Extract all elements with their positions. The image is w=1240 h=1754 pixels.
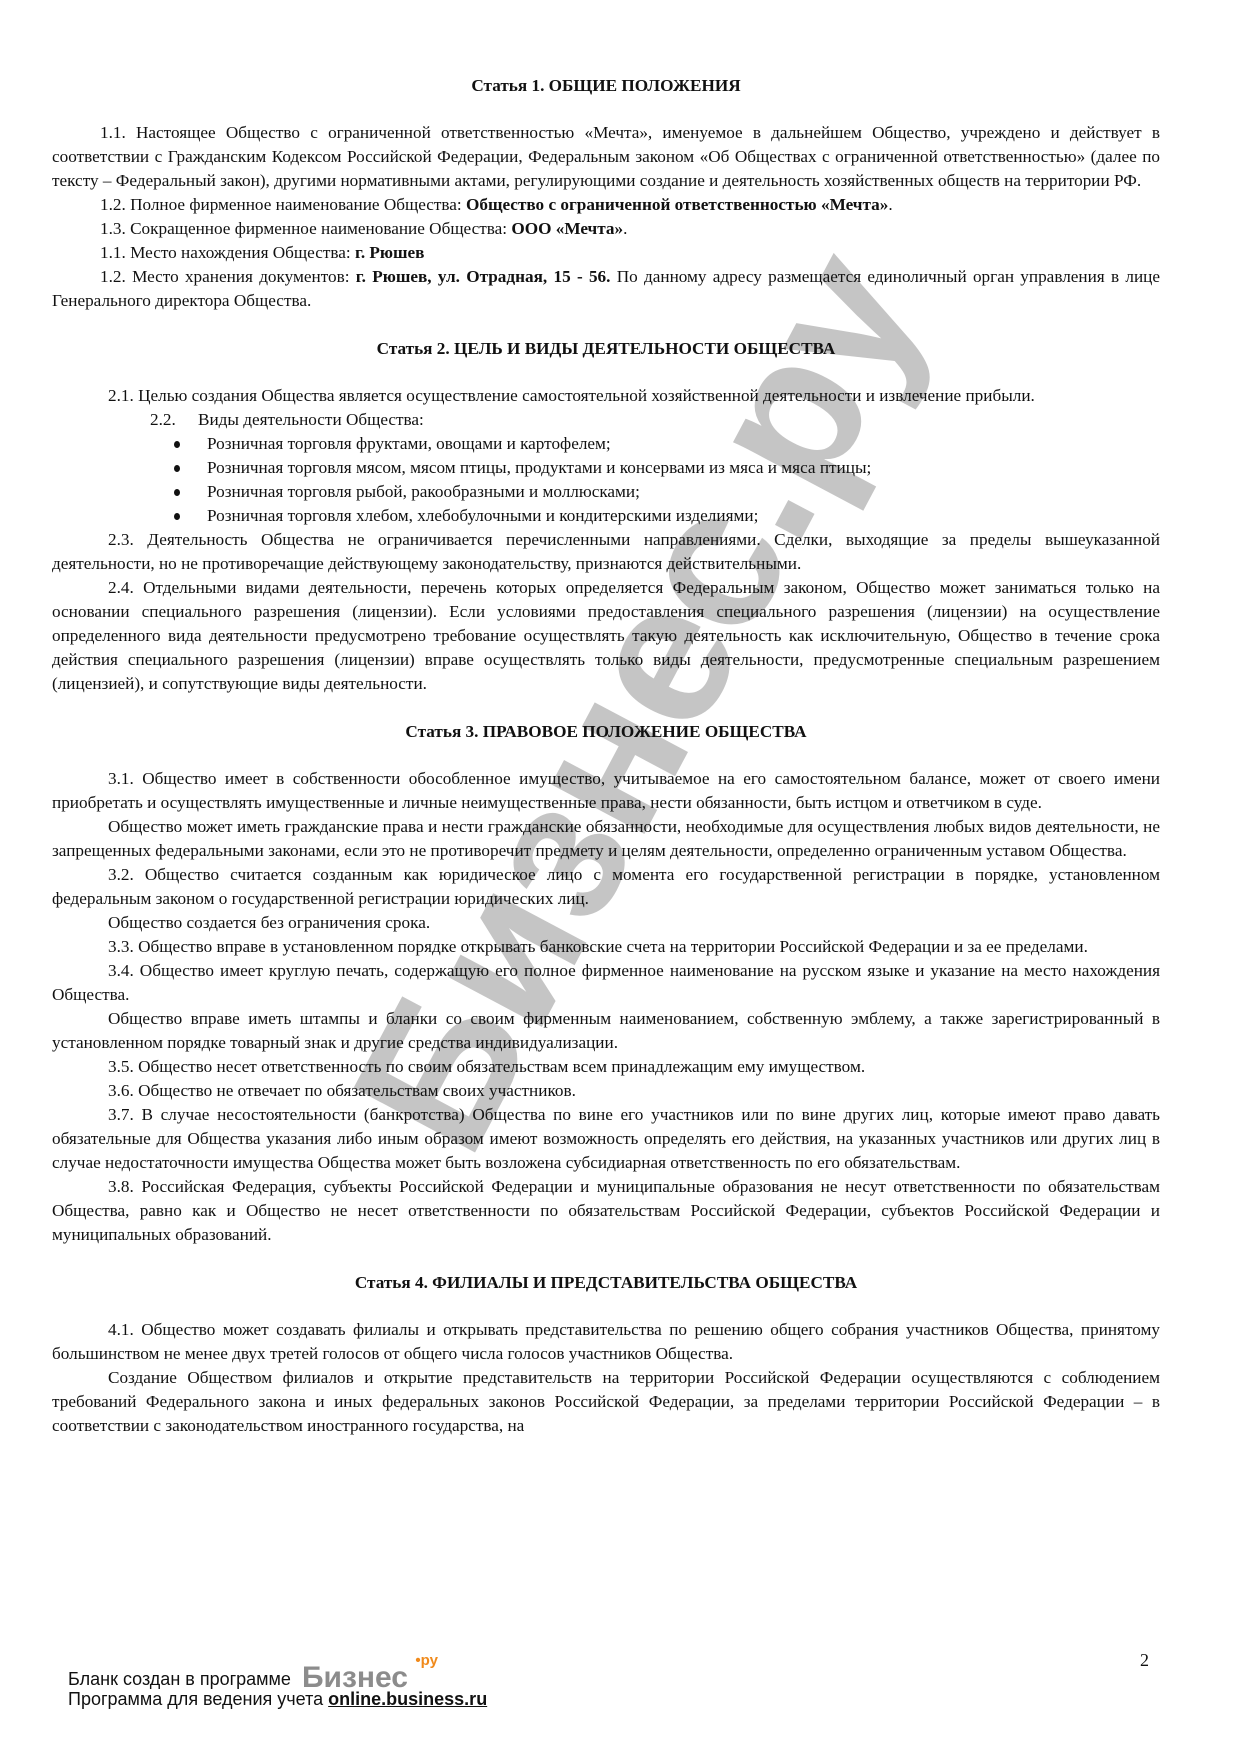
footer-line-1: Бланк создан в программе Бизнес•ру <box>68 1668 487 1689</box>
paragraph-3-3: 3.3. Общество вправе в установленном пор… <box>52 935 1160 959</box>
paragraph-1-1: 1.1. Настоящее Общество с ограниченной о… <box>52 121 1160 193</box>
paragraph-3-6: 3.6. Общество не отвечает по обязательст… <box>52 1079 1160 1103</box>
article-2-title: Статья 2. ЦЕЛЬ И ВИДЫ ДЕЯТЕЛЬНОСТИ ОБЩЕС… <box>52 337 1160 361</box>
paragraph-2-3: 2.3. Деятельность Общества не ограничива… <box>52 528 1160 576</box>
paragraph-location: 1.1. Место нахождения Общества: г. Рюшев <box>52 241 1160 265</box>
document-page: Бизнес.ру Статья 1. ОБЩИЕ ПОЛОЖЕНИЯ 1.1.… <box>0 0 1240 1754</box>
list-item: Розничная торговля мясом, мясом птицы, п… <box>52 456 1160 480</box>
activities-list: Розничная торговля фруктами, овощами и к… <box>52 432 1160 528</box>
paragraph-2-4: 2.4. Отдельными видами деятельности, пер… <box>52 576 1160 696</box>
list-item: Розничная торговля фруктами, овощами и к… <box>52 432 1160 456</box>
paragraph-2-2: 2.2.Виды деятельности Общества: <box>52 408 1160 432</box>
article-1-title: Статья 1. ОБЩИЕ ПОЛОЖЕНИЯ <box>52 74 1160 98</box>
page-number: 2 <box>1140 1650 1149 1671</box>
list-item: Розничная торговля хлебом, хлебобулочным… <box>52 504 1160 528</box>
paragraph-3-4: 3.4. Общество имеет круглую печать, соде… <box>52 959 1160 1007</box>
paragraph-3-2b: Общество создается без ограничения срока… <box>52 911 1160 935</box>
paragraph-4-1b: Создание Обществом филиалов и открытие п… <box>52 1366 1160 1438</box>
article-4-title: Статья 4. ФИЛИАЛЫ И ПРЕДСТАВИТЕЛЬСТВА ОБ… <box>52 1271 1160 1295</box>
footer-ad: Бланк создан в программе Бизнес•ру Прогр… <box>68 1668 487 1709</box>
paragraph-3-4b: Общество вправе иметь штампы и бланки со… <box>52 1007 1160 1055</box>
paragraph-4-1: 4.1. Общество может создавать филиалы и … <box>52 1318 1160 1366</box>
paragraph-3-8: 3.8. Российская Федерация, субъекты Росс… <box>52 1175 1160 1247</box>
paragraph-2-1: 2.1. Целью создания Общества является ос… <box>52 384 1160 408</box>
footer-line-2: Программа для ведения учета online.busin… <box>68 1689 487 1709</box>
business-ru-logo: Бизнес•ру <box>302 1661 408 1694</box>
list-item: Розничная торговля рыбой, ракообразными … <box>52 480 1160 504</box>
document-body: Статья 1. ОБЩИЕ ПОЛОЖЕНИЯ 1.1. Настоящее… <box>52 70 1160 1438</box>
paragraph-3-2: 3.2. Общество считается созданным как юр… <box>52 863 1160 911</box>
paragraph-3-7: 3.7. В случае несостоятельности (банкрот… <box>52 1103 1160 1175</box>
paragraph-3-5: 3.5. Общество несет ответственность по с… <box>52 1055 1160 1079</box>
paragraph-3-1: 3.1. Общество имеет в собственности обос… <box>52 767 1160 815</box>
article-3-title: Статья 3. ПРАВОВОЕ ПОЛОЖЕНИЕ ОБЩЕСТВА <box>52 720 1160 744</box>
paragraph-1-3: 1.3. Сокращенное фирменное наименование … <box>52 217 1160 241</box>
paragraph-1-2: 1.2. Полное фирменное наименование Общес… <box>52 193 1160 217</box>
paragraph-documents-storage: 1.2. Место хранения документов: г. Рюшев… <box>52 265 1160 313</box>
paragraph-3-1b: Общество может иметь гражданские права и… <box>52 815 1160 863</box>
